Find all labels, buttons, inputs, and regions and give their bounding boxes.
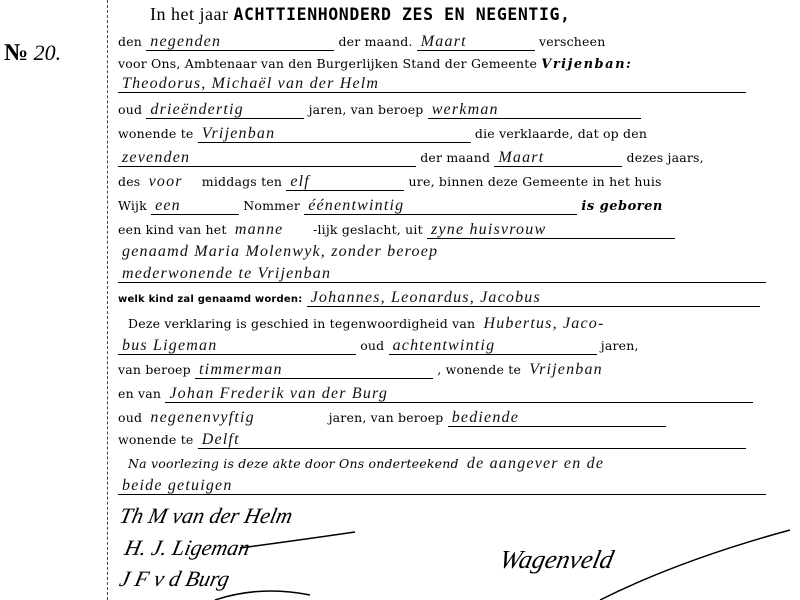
line-birth-time: des voor middags ten elf ure, binnen dez… [118,174,662,191]
field-mother-intro: zyne huisvrouw [427,222,675,239]
line-witness-intro: Deze verklaring is geschied in tegenwoor… [128,316,697,332]
label-oud: oud [118,102,142,117]
line-witness2-age: oud negenenvyftig jaren, van beroep bedi… [118,410,666,427]
field-signed-by-b: beide getuigen [118,478,766,495]
line-witness2-residence: wonende te Delft [118,432,746,449]
label-welk-kind: welk kind zal genaamd worden: [118,294,302,305]
label-den: den [118,34,142,49]
signature-witness1: H. J. Ligeman [122,535,252,561]
document-title: In het jaar ACHTTIENHONDERD ZES EN NEGEN… [150,4,571,25]
field-birth-month: Maart [494,150,622,167]
field-child-name: Johannes, Leonardus, Jacobus [307,290,760,307]
label-verscheen: verscheen [539,34,606,49]
line-declarant-name: Theodorus, Michaël van der Helm [118,76,746,93]
line-signing: Na voorlezing is deze akte door Ons onde… [128,456,731,472]
field-witness1-occupation: timmerman [195,362,433,379]
label-dezes-jaars: dezes jaars, [627,150,704,165]
label-is-geboren: is geboren [581,199,662,214]
field-time-of-day: voor [145,174,198,190]
field-witness1-name-a: Hubertus, Jaco- [479,316,697,332]
field-witness2-occupation: bediende [448,410,666,427]
field-mother-name: genaamd Maria Molenwyk, zonder beroep [118,244,766,260]
field-signed-by-a: de aangever en de [463,456,731,472]
label-voor-ons: voor Ons, Ambtenaar van den Burgerlijken… [118,56,537,71]
label-deze-verklaring: Deze verklaring is geschied in tegenwoor… [128,316,475,331]
register-number-value: 20. [34,40,62,65]
signature-declarant: Th M van der Helm [117,503,295,529]
margin-perforation [107,0,108,600]
field-month: Maart [417,34,535,51]
line-child-name: welk kind zal genaamd worden: Johannes, … [118,290,760,307]
field-sex: manne [231,222,309,238]
register-number: № 20. [4,40,61,67]
label-wonende-te-3: wonende te [118,432,194,447]
label-des: des [118,174,140,189]
line-official: voor Ons, Ambtenaar van den Burgerlijken… [118,56,632,72]
label-wijk: Wijk [118,198,147,213]
field-mother-residence: mederwonende te Vrijenban [118,266,766,283]
label-oud-3: oud [118,410,142,425]
line-declarant-age: oud drieëndertig jaren, van beroep werkm… [118,102,641,119]
label-der-maand-2: der maand [420,150,490,165]
label-die-verklaarde: die verklaarde, dat op den [475,126,647,141]
field-witness1-age: achtentwintig [389,338,597,355]
label-jaren-beroep-2: jaren, van beroep [329,410,444,425]
line-declaration-date: den negenden der maand. Maart verscheen [118,34,606,51]
field-hour: elf [286,174,404,191]
line-address: Wijk een Nommer éénentwintig is geboren [118,198,663,215]
label-van-beroep: van beroep [118,362,191,377]
label-jaren-beroep: jaren, van beroep [309,102,424,117]
field-declarant-occupation: werkman [428,102,641,119]
field-day: negenden [146,34,334,51]
field-witness2-name: Johan Frederik van der Burg [165,386,753,403]
line-mother-residence: mederwonende te Vrijenban [118,266,766,283]
field-wijk: een [151,198,239,215]
field-declarant-name: Theodorus, Michaël van der Helm [118,76,746,93]
line-witness2-name: en van Johan Frederik van der Burg [118,386,753,403]
line-mother-name: genaamd Maria Molenwyk, zonder beroep [118,244,766,260]
label-lijk-geslacht: -lijk geslacht, uit [313,222,423,237]
label-ure-binnen: ure, binnen deze Gemeente in het huis [409,174,662,189]
year-text: ACHTTIENHONDERD ZES EN NEGENTIG, [233,5,570,24]
field-birth-day: zevenden [118,150,416,167]
number-sign: № [4,40,28,66]
line-child-sex: een kind van het manne -lijk geslacht, u… [118,222,675,239]
label-oud-2: oud [360,338,384,353]
line-witness1-occupation: van beroep timmerman , wonende te Vrijen… [118,362,683,379]
line-signed-by: beide getuigen [118,478,766,495]
label-nommer: Nommer [243,198,300,213]
line-witness1-age: bus Ligeman oud achtentwintig jaren, [118,338,639,355]
field-witness1-residence: Vrijenban [525,362,683,378]
label-middags-ten: middags ten [202,174,282,189]
signature-official: Wagenveld [497,545,617,575]
label-jaren-2: jaren, [601,338,639,353]
field-declarant-residence: Vrijenban [198,126,471,143]
title-lead: In het jaar [150,4,228,24]
field-house-number: éénentwintig [304,198,577,215]
field-declarant-age: drieëndertig [146,102,304,119]
label-wonende-te-2: , wonende te [437,362,521,377]
label-en-van: en van [118,386,161,401]
municipality-name: Vrijenban: [541,57,632,72]
line-declarant-residence: wonende te Vrijenban die verklaarde, dat… [118,126,647,143]
label-wonende-te: wonende te [118,126,194,141]
label-na-voorlezing: Na voorlezing is deze akte door Ons onde… [128,456,459,471]
field-witness2-residence: Delft [198,432,746,449]
field-witness2-age: negenenvyftig [146,410,324,426]
label-een-kind: een kind van het [118,222,227,237]
label-der-maand: der maand. [338,34,412,49]
field-witness1-name-b: bus Ligeman [118,338,356,355]
line-birth-date: zevenden der maand Maart dezes jaars, [118,150,704,167]
signature-witness2: J F v d Burg [117,566,232,592]
